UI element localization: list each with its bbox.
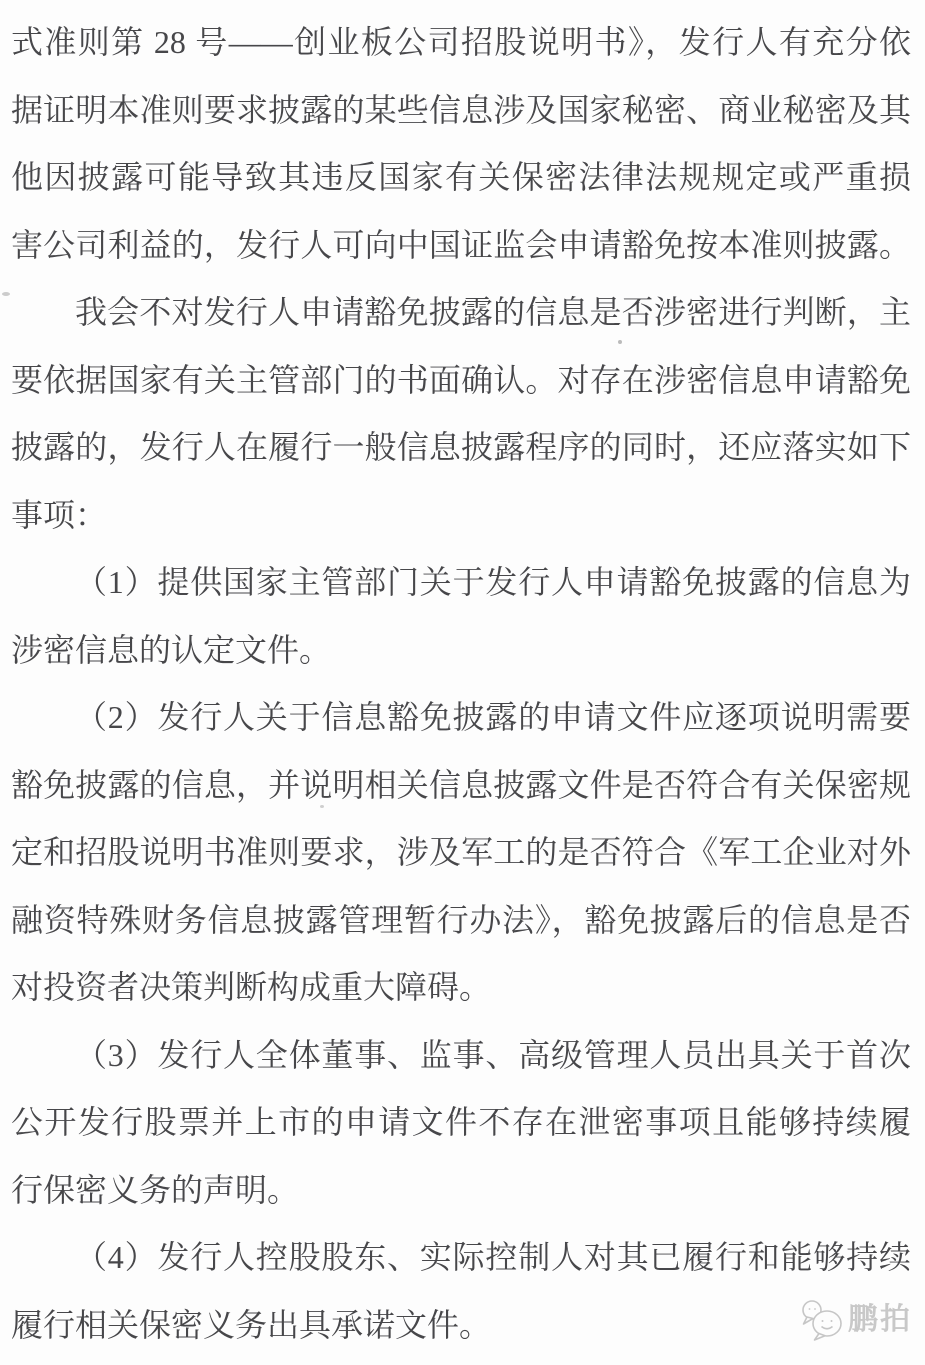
document-page: 式准则第 28 号——创业板公司招股说明书》，发行人有充分依 据证明本准则要求披… [0, 0, 925, 1365]
text-line: 我会不对发行人申请豁免披露的信息是否涉密进行判断，主 [11, 279, 911, 347]
text-line: （1）提供国家主管部门关于发行人申请豁免披露的信息为 [11, 549, 911, 617]
text-line: 豁免披露的信息，并说明相关信息披露文件是否符合有关保密规 [11, 752, 911, 820]
scan-speck [618, 340, 622, 344]
text-line: 对投资者决策判断构成重大障碍。 [11, 954, 911, 1022]
text-line: 害公司利益的，发行人可向中国证监会申请豁免按本准则披露。 [11, 212, 911, 280]
text-line: 要依据国家有关主管部门的书面确认。对存在涉密信息申请豁免 [11, 347, 911, 415]
text-line: 涉密信息的认定文件。 [11, 617, 911, 685]
text-line: （3）发行人全体董事、监事、高级管理人员出具关于首次 [11, 1022, 911, 1090]
scan-speck [320, 805, 324, 808]
text-line: 披露的，发行人在履行一般信息披露程序的同时，还应落实如下 [11, 414, 911, 482]
text-line: 他因披露可能导致其违反国家有关保密法律法规规定或严重损 [11, 144, 911, 212]
watermark: 鹏拍 [799, 1297, 912, 1343]
text-line: 据证明本准则要求披露的某些信息涉及国家秘密、商业秘密及其 [11, 77, 911, 145]
text-line: 履行相关保密义务出具承诺文件。 [11, 1292, 911, 1360]
scan-speck [2, 292, 10, 296]
text-line: 公开发行股票并上市的申请文件不存在泄密事项且能够持续履 [11, 1089, 911, 1157]
text-line: 事项： [11, 482, 911, 550]
text-line: （2）发行人关于信息豁免披露的申请文件应逐项说明需要 [11, 684, 911, 752]
text-line: 定和招股说明书准则要求，涉及军工的是否符合《军工企业对外 [11, 819, 911, 887]
text-line: 融资特殊财务信息披露管理暂行办法》，豁免披露后的信息是否 [11, 887, 911, 955]
text-line: 式准则第 28 号——创业板公司招股说明书》，发行人有充分依 [11, 9, 911, 77]
watermark-label: 鹏拍 [848, 1305, 912, 1335]
text-line: （4）发行人控股股东、实际控制人对其已履行和能够持续 [11, 1224, 911, 1292]
pengpai-logo-icon [799, 1297, 845, 1343]
text-line: 行保密义务的声明。 [11, 1157, 911, 1225]
